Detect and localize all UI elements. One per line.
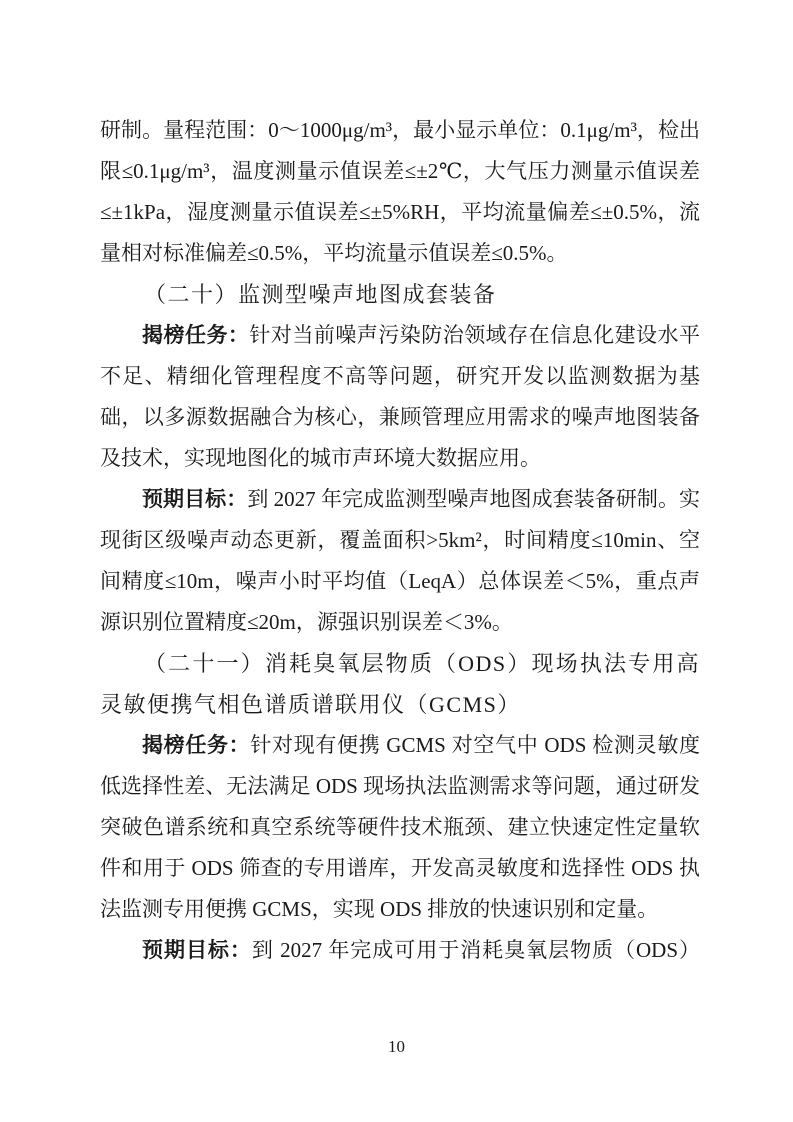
task-label: 揭榜任务： xyxy=(142,733,250,757)
goal-label: 预期目标： xyxy=(142,938,252,962)
paragraph-task-20: 揭榜任务：针对当前噪声污染防治领域存在信息化建设水平不足、精细化管理程度不高等问… xyxy=(100,315,700,479)
document-page: 研制。量程范围：0～1000μg/m³，最小显示单位：0.1μg/m³，检出限≤… xyxy=(0,0,793,1122)
goal-label: 预期目标： xyxy=(142,487,247,511)
page-footer: 10 xyxy=(0,1036,793,1058)
page-number: 10 xyxy=(388,1037,405,1056)
document-content: 研制。量程范围：0～1000μg/m³，最小显示单位：0.1μg/m³，检出限≤… xyxy=(100,110,700,971)
paragraph-goal-20: 预期目标：到 2027 年完成监测型噪声地图成套装备研制。实现街区级噪声动态更新… xyxy=(100,479,700,643)
paragraph-task-21: 揭榜任务：针对现有便携 GCMS 对空气中 ODS 检测灵敏度低选择性差、无法满… xyxy=(100,725,700,930)
task-label: 揭榜任务： xyxy=(142,323,249,347)
paragraph-spec-continuation: 研制。量程范围：0～1000μg/m³，最小显示单位：0.1μg/m³，检出限≤… xyxy=(100,110,700,274)
section-heading-20: （二十）监测型噪声地图成套装备 xyxy=(100,274,700,315)
section-heading-21: （二十一）消耗臭氧层物质（ODS）现场执法专用高灵敏便携气相色谱质谱联用仪（GC… xyxy=(100,643,700,725)
goal-text: 到 2027 年完成可用于消耗臭氧层物质（ODS） xyxy=(252,938,700,962)
paragraph-goal-21: 预期目标：到 2027 年完成可用于消耗臭氧层物质（ODS） xyxy=(100,930,700,971)
task-text: 针对现有便携 GCMS 对空气中 ODS 检测灵敏度低选择性差、无法满足 ODS… xyxy=(100,733,700,921)
